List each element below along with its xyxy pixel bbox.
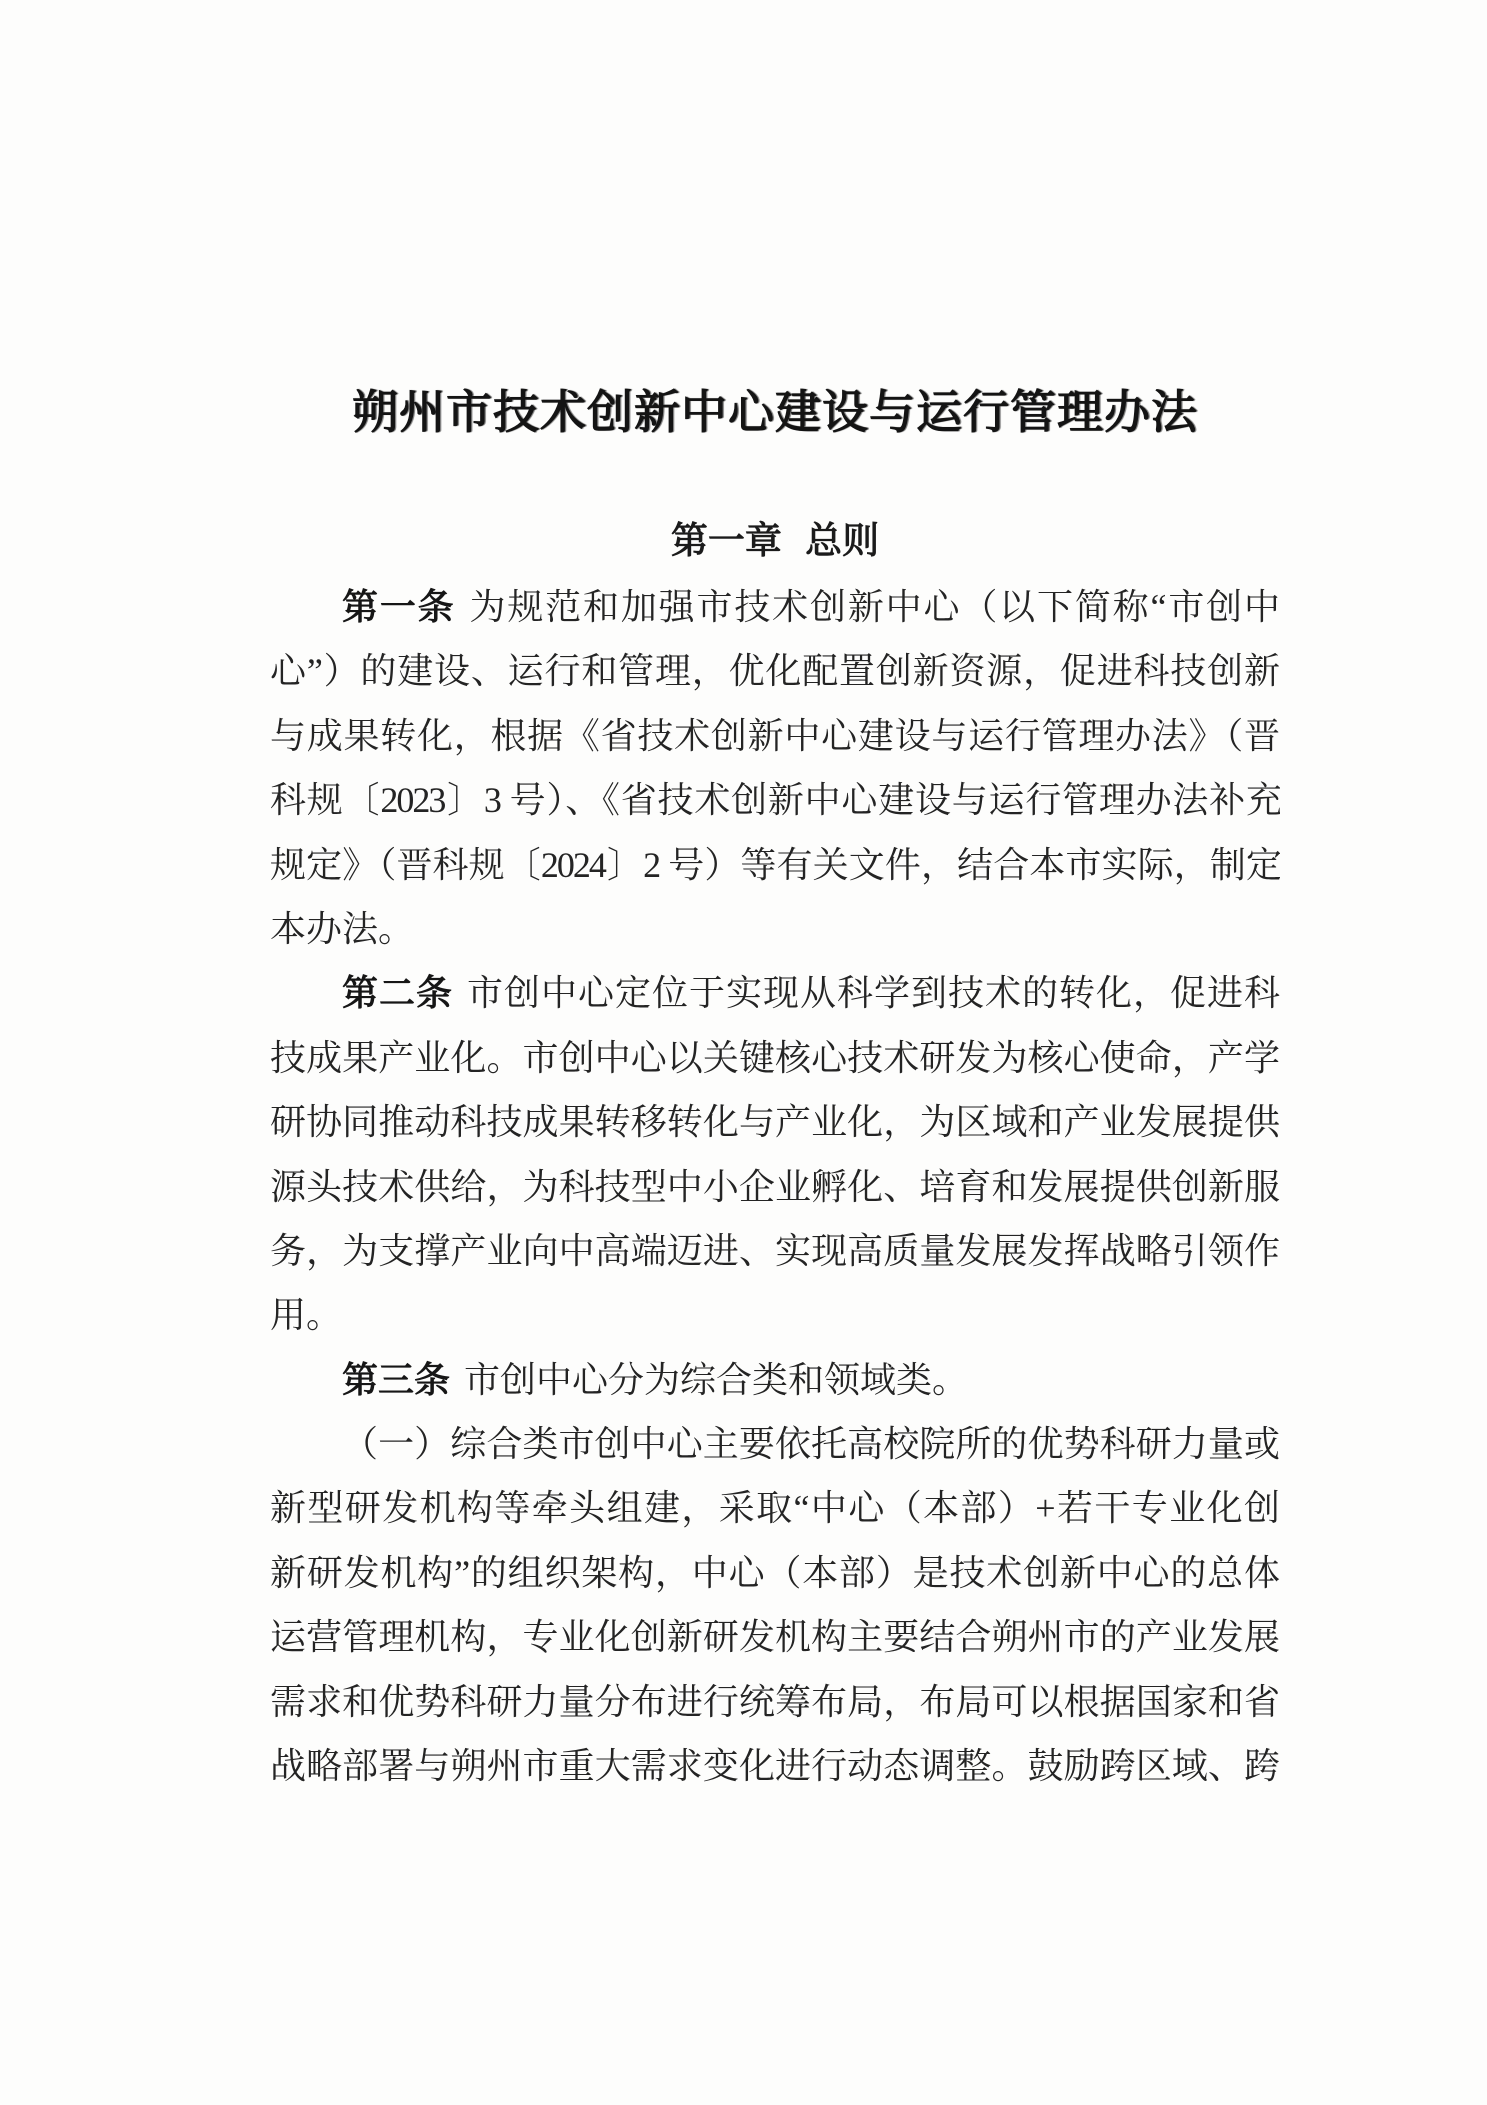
line-text: 与成果转化，根据《省技术创新中心建设与运行管理办法》（晋 <box>270 716 1280 756</box>
text-line: （一）综合类市创中心主要依托高校院所的优势科研力量或 <box>270 1412 1280 1476</box>
document-body: 第一条为规范和加强市技术创新中心（以下简称“市创中 心”）的建设、运行和管理，优… <box>270 575 1280 1798</box>
line-text: 市创中心定位于实现从科学到技术的转化，促进科 <box>467 973 1280 1013</box>
line-text: 市创中心分为综合类和领域类。 <box>464 1360 968 1400</box>
line-text: 本办法。 <box>270 909 414 949</box>
line-text: 需求和优势科研力量分布进行统筹布局，布局可以根据国家和省 <box>270 1682 1280 1722</box>
article-number: 第二条 <box>342 973 453 1013</box>
chapter-heading: 第一章 总则 <box>270 520 1280 564</box>
line-text: 规定》（晋科规〔2024〕2 号）等有关文件，结合本市实际，制定 <box>270 845 1280 885</box>
text-line: 规定》（晋科规〔2024〕2 号）等有关文件，结合本市实际，制定 <box>270 833 1280 897</box>
text-line: 技成果产业化。市创中心以关键核心技术研发为核心使命，产学 <box>270 1026 1280 1090</box>
text-line: 源头技术供给，为科技型中小企业孵化、培育和发展提供创新服 <box>270 1155 1280 1219</box>
text-line: 科规〔2023〕3 号）、《省技术创新中心建设与运行管理办法补充 <box>270 768 1280 832</box>
line-text: 用。 <box>270 1295 342 1335</box>
text-line: 第二条市创中心定位于实现从科学到技术的转化，促进科 <box>270 961 1280 1025</box>
text-line: 需求和优势科研力量分布进行统筹布局，布局可以根据国家和省 <box>270 1670 1280 1734</box>
line-text: 务，为支撑产业向中高端迈进、实现高质量发展发挥战略引领作 <box>270 1231 1280 1271</box>
text-line: 务，为支撑产业向中高端迈进、实现高质量发展发挥战略引领作 <box>270 1219 1280 1283</box>
text-line: 用。 <box>270 1283 1280 1347</box>
document-page: 朔州市技术创新中心建设与运行管理办法 第一章 总则 第一条为规范和加强市技术创新… <box>0 0 1487 2105</box>
text-line: 战略部署与朔州市重大需求变化进行动态调整。鼓励跨区域、跨 <box>270 1734 1280 1798</box>
article-number: 第三条 <box>342 1360 450 1400</box>
text-line: 新研发机构”的组织架构，中心（本部）是技术创新中心的总体 <box>270 1541 1280 1605</box>
text-line: 新型研发机构等牵头组建，采取“中心（本部）+若干专业化创 <box>270 1476 1280 1540</box>
line-text: 源头技术供给，为科技型中小企业孵化、培育和发展提供创新服 <box>270 1167 1280 1207</box>
line-text: 新型研发机构等牵头组建，采取“中心（本部）+若干专业化创 <box>270 1488 1280 1528</box>
document-content: 朔州市技术创新中心建设与运行管理办法 第一章 总则 第一条为规范和加强市技术创新… <box>270 388 1280 1798</box>
line-text: 技成果产业化。市创中心以关键核心技术研发为核心使命，产学 <box>270 1038 1280 1078</box>
text-line: 运营管理机构，专业化创新研发机构主要结合朔州市的产业发展 <box>270 1605 1280 1669</box>
article-number: 第一条 <box>342 587 456 627</box>
line-text: 战略部署与朔州市重大需求变化进行动态调整。鼓励跨区域、跨 <box>270 1746 1280 1786</box>
text-line: 第三条市创中心分为综合类和领域类。 <box>270 1348 1280 1412</box>
line-text: 新研发机构”的组织架构，中心（本部）是技术创新中心的总体 <box>270 1553 1280 1593</box>
text-line: 研协同推动科技成果转移转化与产业化，为区域和产业发展提供 <box>270 1090 1280 1154</box>
document-title: 朔州市技术创新中心建设与运行管理办法 <box>270 388 1280 438</box>
line-text: （一）综合类市创中心主要依托高校院所的优势科研力量或 <box>342 1424 1280 1464</box>
line-text: 运营管理机构，专业化创新研发机构主要结合朔州市的产业发展 <box>270 1617 1280 1657</box>
text-line: 心”）的建设、运行和管理，优化配置创新资源，促进科技创新 <box>270 639 1280 703</box>
line-text: 心”）的建设、运行和管理，优化配置创新资源，促进科技创新 <box>270 651 1280 691</box>
text-line: 第一条为规范和加强市技术创新中心（以下简称“市创中 <box>270 575 1280 639</box>
line-text: 为规范和加强市技术创新中心（以下简称“市创中 <box>470 587 1280 627</box>
text-line: 与成果转化，根据《省技术创新中心建设与运行管理办法》（晋 <box>270 704 1280 768</box>
text-line: 本办法。 <box>270 897 1280 961</box>
line-text: 研协同推动科技成果转移转化与产业化，为区域和产业发展提供 <box>270 1102 1280 1142</box>
line-text: 科规〔2023〕3 号）、《省技术创新中心建设与运行管理办法补充 <box>270 780 1280 820</box>
